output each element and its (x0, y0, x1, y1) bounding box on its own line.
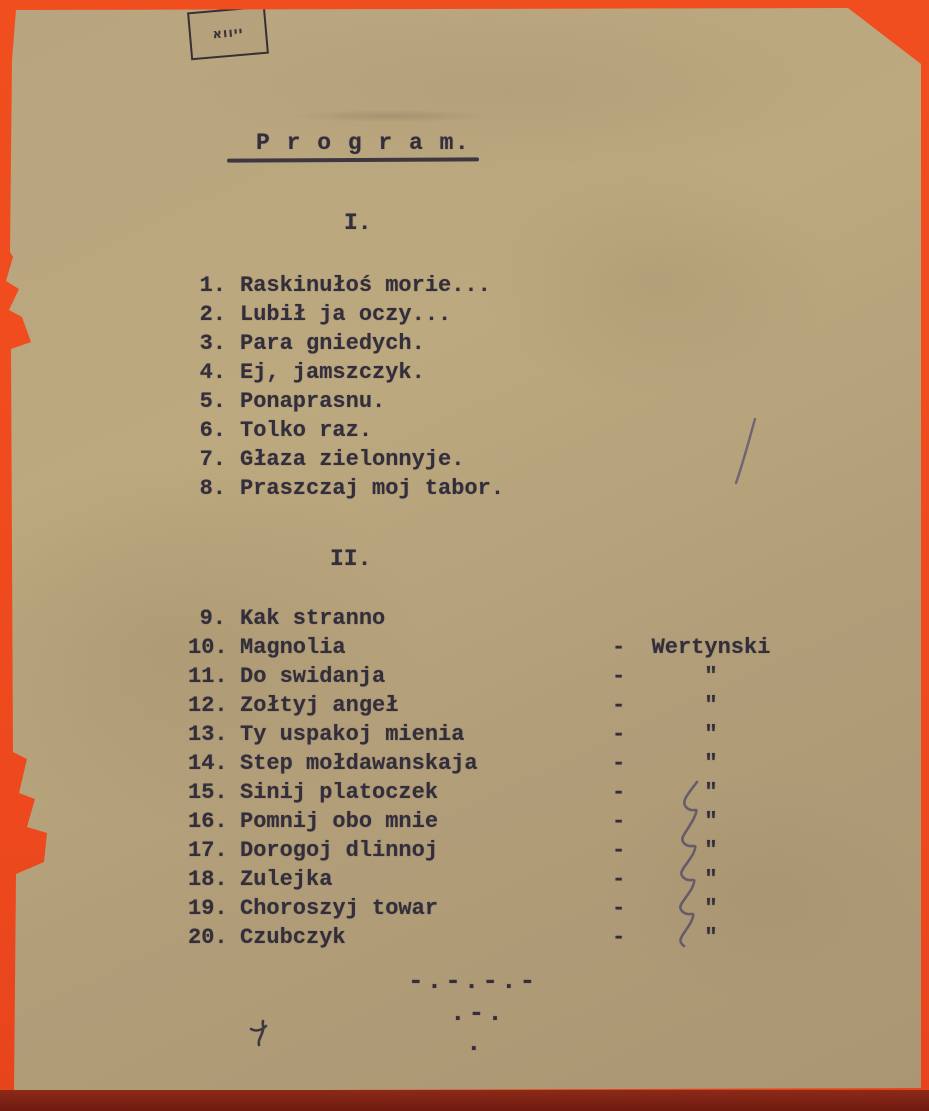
song-title: Tolko raz. (240, 418, 372, 443)
attribution-ditto: " (628, 894, 794, 923)
list-item: 6.Tolko raz. (188, 416, 504, 445)
attribution: Wertynski (628, 633, 794, 662)
list-item: 16.Pomnij obo mnie-" (188, 807, 478, 836)
item-number: 8. (188, 474, 226, 503)
section-1-list: 1.Raskinułoś morie... 2.Lubił ja oczy...… (188, 271, 504, 503)
song-title: Ponaprasnu. (240, 389, 385, 414)
song-title: Ty uspakoj mienia (240, 722, 464, 747)
item-number: 2. (188, 300, 226, 329)
list-item: 9.Kak stranno (188, 604, 478, 633)
song-title: Step mołdawanskaja (240, 751, 478, 776)
list-item: 3.Para gniedych. (188, 329, 504, 358)
scan-background: { "colors": { "background": "#ee491e", "… (0, 0, 929, 1111)
attribution-dash: - (612, 720, 625, 749)
list-item: 19.Choroszyj towar-" (188, 894, 478, 923)
item-number: 13. (188, 720, 226, 749)
song-title: Lubił ja oczy... (240, 302, 451, 327)
list-item: 8.Praszczaj moj tabor. (188, 474, 504, 503)
item-number: 10. (188, 633, 226, 662)
item-number: 18. (188, 865, 226, 894)
item-number: 16. (188, 807, 226, 836)
item-number: 15. (188, 778, 226, 807)
attribution-ditto: " (628, 865, 794, 894)
attribution-dash: - (612, 807, 625, 836)
song-title: Choroszyj towar (240, 896, 438, 921)
song-title: Raskinułoś morie... (240, 273, 491, 298)
attribution-ditto: " (628, 807, 794, 836)
attribution-ditto: " (628, 778, 794, 807)
item-number: 7. (188, 445, 226, 474)
song-title: Magnolia (240, 635, 346, 660)
attribution-dash: - (612, 749, 625, 778)
song-title: Para gniedych. (240, 331, 425, 356)
attribution-dash: - (612, 923, 625, 952)
item-number: 6. (188, 416, 226, 445)
list-item: 2.Lubił ja oczy... (188, 300, 504, 329)
attribution-dash: - (612, 865, 625, 894)
song-title: Czubczyk (240, 925, 346, 950)
song-title: Zołtyj angeł (240, 693, 398, 718)
item-number: 4. (188, 358, 226, 387)
song-title: Kak stranno (240, 606, 385, 631)
attribution-ditto: " (628, 836, 794, 865)
song-title: Głaza zielonnyje. (240, 447, 464, 472)
attribution-ditto: " (628, 691, 794, 720)
list-item: 13.Ty uspakoj mienia-" (188, 720, 478, 749)
item-number: 14. (188, 749, 226, 778)
archive-stamp-text: ייווא (212, 24, 244, 42)
section-2-list: 9.Kak stranno 10.Magnolia-Wertynski 11.D… (188, 604, 478, 952)
section-1-heading: I. (344, 210, 372, 236)
scanned-paper: ייווא P r o g r a m. I. 1.Raskinułoś mor… (0, 0, 929, 1111)
list-item: 7.Głaza zielonnyje. (188, 445, 504, 474)
song-title: Pomnij obo mnie (240, 809, 438, 834)
section-2-heading: II. (330, 546, 371, 572)
list-item: 14.Step mołdawanskaja-" (188, 749, 478, 778)
attribution-dash: - (612, 778, 625, 807)
list-item: 4.Ej, jamszczyk. (188, 358, 504, 387)
attribution-dash: - (612, 894, 625, 923)
item-number: 17. (188, 836, 226, 865)
list-item: 20.Czubczyk-" (188, 923, 478, 952)
item-number: 5. (188, 387, 226, 416)
footer-divider-line1: -.-.-.- (408, 966, 538, 996)
item-number: 20. (188, 923, 226, 952)
list-item: 1.Raskinułoś morie... (188, 271, 504, 300)
footer-divider-line3: . (466, 1028, 482, 1058)
item-number: 12. (188, 691, 226, 720)
item-number: 1. (188, 271, 226, 300)
list-item: 17.Dorogoj dlinnoj-" (188, 836, 478, 865)
song-title: Do swidanja (240, 664, 385, 689)
attribution-dash: - (612, 633, 625, 662)
attribution-dash: - (612, 662, 625, 691)
song-title: Sinij platoczek (240, 780, 438, 805)
song-title: Zulejka (240, 867, 332, 892)
title-underline (227, 157, 479, 162)
attribution-ditto: " (628, 662, 794, 691)
item-number: 3. (188, 329, 226, 358)
song-title: Ej, jamszczyk. (240, 360, 425, 385)
attribution-dash: - (612, 691, 625, 720)
list-item: 5.Ponaprasnu. (188, 387, 504, 416)
list-item: 15.Sinij platoczek-" (188, 778, 478, 807)
attribution-ditto: " (628, 720, 794, 749)
scan-bottom-band (0, 1090, 929, 1111)
footer-divider-line2: .-. (450, 998, 506, 1028)
item-number: 9. (188, 604, 226, 633)
item-number: 19. (188, 894, 226, 923)
page-title: P r o g r a m. (256, 130, 470, 156)
list-item: 10.Magnolia-Wertynski (188, 633, 478, 662)
archive-stamp: ייווא (187, 6, 269, 61)
attribution-ditto: " (628, 749, 794, 778)
song-title: Dorogoj dlinnoj (240, 838, 438, 863)
attribution-ditto: " (628, 923, 794, 952)
list-item: 18.Zulejka-" (188, 865, 478, 894)
item-number: 11. (188, 662, 226, 691)
song-title: Praszczaj moj tabor. (240, 476, 504, 501)
list-item: 11.Do swidanja-" (188, 662, 478, 691)
list-item: 12.Zołtyj angeł-" (188, 691, 478, 720)
attribution-dash: - (612, 836, 625, 865)
